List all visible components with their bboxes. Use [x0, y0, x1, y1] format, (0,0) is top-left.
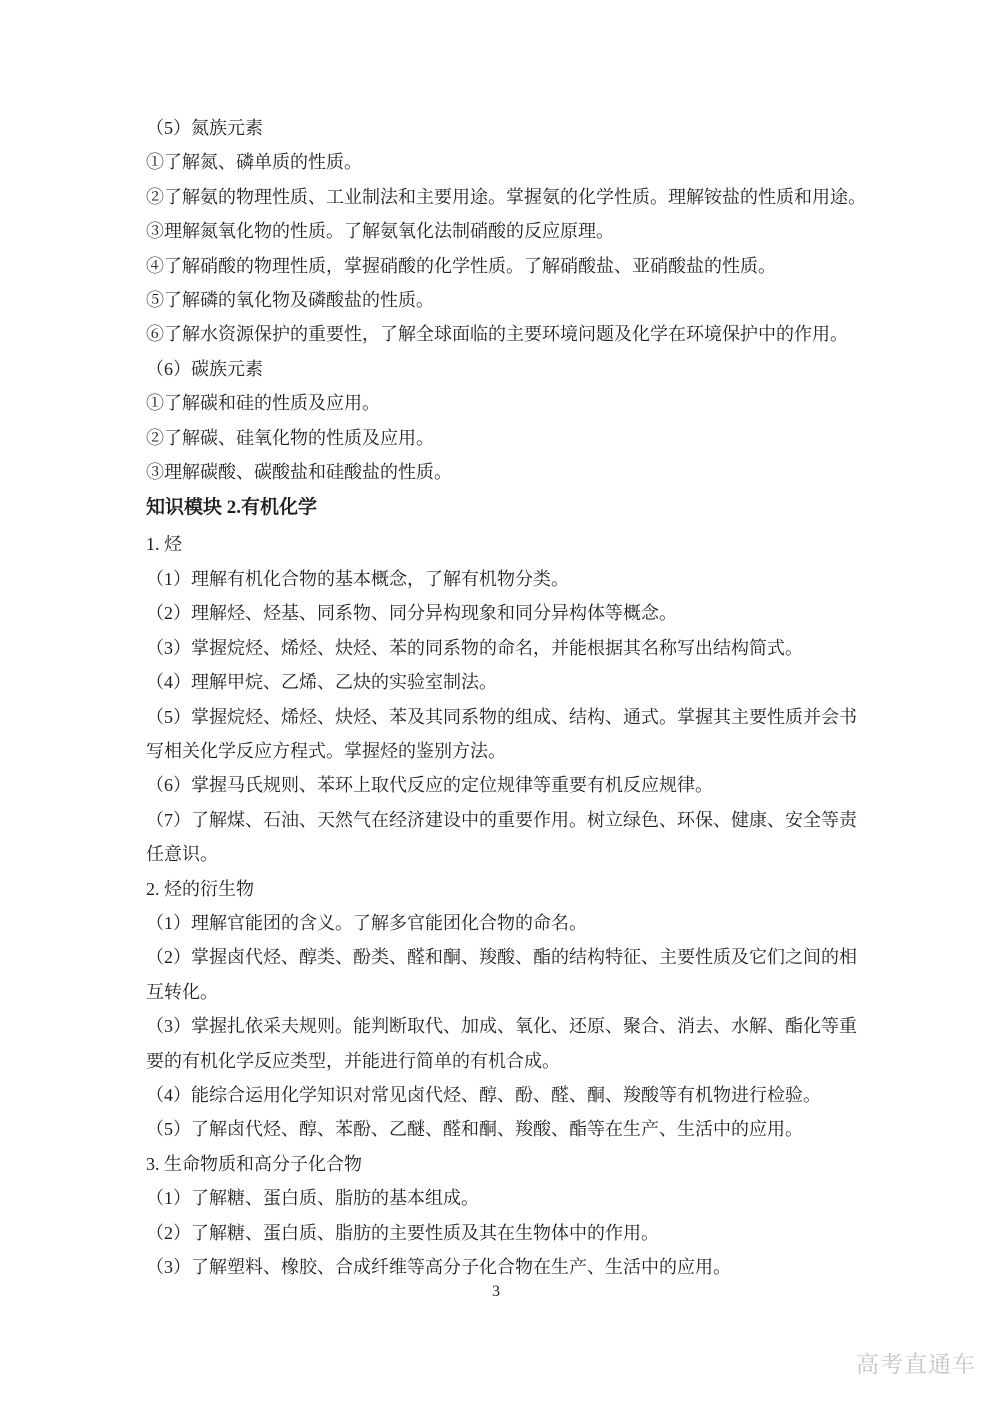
page-number: 3	[0, 1283, 992, 1301]
paragraph: ②了解氨的物理性质、工业制法和主要用途。掌握氨的化学性质。理解铵盐的性质和用途。	[146, 180, 870, 214]
paragraph: （3）了解塑料、橡胶、合成纤维等高分子化合物在生产、生活中的应用。	[146, 1250, 870, 1284]
paragraph: ③理解碳酸、碳酸盐和硅酸盐的性质。	[146, 455, 870, 489]
paragraph: 1. 烃	[146, 527, 870, 561]
section-heading: 知识模块 2.有机化学	[146, 489, 870, 527]
paragraph: （2）理解烃、烃基、同系物、同分异构现象和同分异构体等概念。	[146, 596, 870, 630]
paragraph: ⑤了解磷的氧化物及磷酸盐的性质。	[146, 283, 870, 317]
paragraph: （1）理解官能团的含义。了解多官能团化合物的命名。	[146, 906, 870, 940]
paragraph: （1）理解有机化合物的基本概念，了解有机物分类。	[146, 562, 870, 596]
paragraph: （5）掌握烷烃、烯烃、炔烃、苯及其同系物的组成、结构、通式。掌握其主要性质并会书…	[146, 700, 870, 769]
paragraph: ⑥了解水资源保护的重要性，了解全球面临的主要环境问题及化学在环境保护中的作用。	[146, 317, 870, 351]
paragraph: （6）碳族元素	[146, 352, 870, 386]
paragraph: ③理解氮氧化物的性质。了解氨氧化法制硝酸的反应原理。	[146, 214, 870, 248]
paragraph: （5）了解卤代烃、醇、苯酚、乙醚、醛和酮、羧酸、酯等在生产、生活中的应用。	[146, 1112, 870, 1146]
watermark: 高考直通车	[856, 1346, 976, 1379]
paragraph: （3）掌握扎依采夫规则。能判断取代、加成、氧化、还原、聚合、消去、水解、酯化等重…	[146, 1009, 870, 1078]
paragraph: （4）能综合运用化学知识对常见卤代烃、醇、酚、醛、酮、羧酸等有机物进行检验。	[146, 1078, 870, 1112]
paragraph: （2）了解糖、蛋白质、脂肪的主要性质及其在生物体中的作用。	[146, 1216, 870, 1250]
document-page: （5）氮族元素①了解氮、磷单质的性质。②了解氨的物理性质、工业制法和主要用途。掌…	[0, 0, 992, 1403]
paragraph: 3. 生命物质和高分子化合物	[146, 1147, 870, 1181]
paragraph: ①了解氮、磷单质的性质。	[146, 145, 870, 179]
paragraph: （7）了解煤、石油、天然气在经济建设中的重要作用。树立绿色、环保、健康、安全等责…	[146, 803, 870, 872]
paragraph: （4）理解甲烷、乙烯、乙炔的实验室制法。	[146, 665, 870, 699]
paragraph: （5）氮族元素	[146, 111, 870, 145]
paragraph: （2）掌握卤代烃、醇类、酚类、醛和酮、羧酸、酯的结构特征、主要性质及它们之间的相…	[146, 940, 870, 1009]
document-body: （5）氮族元素①了解氮、磷单质的性质。②了解氨的物理性质、工业制法和主要用途。掌…	[146, 111, 870, 1284]
paragraph: （3）掌握烷烃、烯烃、炔烃、苯的同系物的命名，并能根据其名称写出结构简式。	[146, 631, 870, 665]
paragraph: ②了解碳、硅氧化物的性质及应用。	[146, 421, 870, 455]
paragraph: （1）了解糖、蛋白质、脂肪的基本组成。	[146, 1181, 870, 1215]
paragraph: 2. 烃的衍生物	[146, 872, 870, 906]
paragraph: ④了解硝酸的物理性质，掌握硝酸的化学性质。了解硝酸盐、亚硝酸盐的性质。	[146, 249, 870, 283]
paragraph: （6）掌握马氏规则、苯环上取代反应的定位规律等重要有机反应规律。	[146, 768, 870, 802]
paragraph: ①了解碳和硅的性质及应用。	[146, 386, 870, 420]
